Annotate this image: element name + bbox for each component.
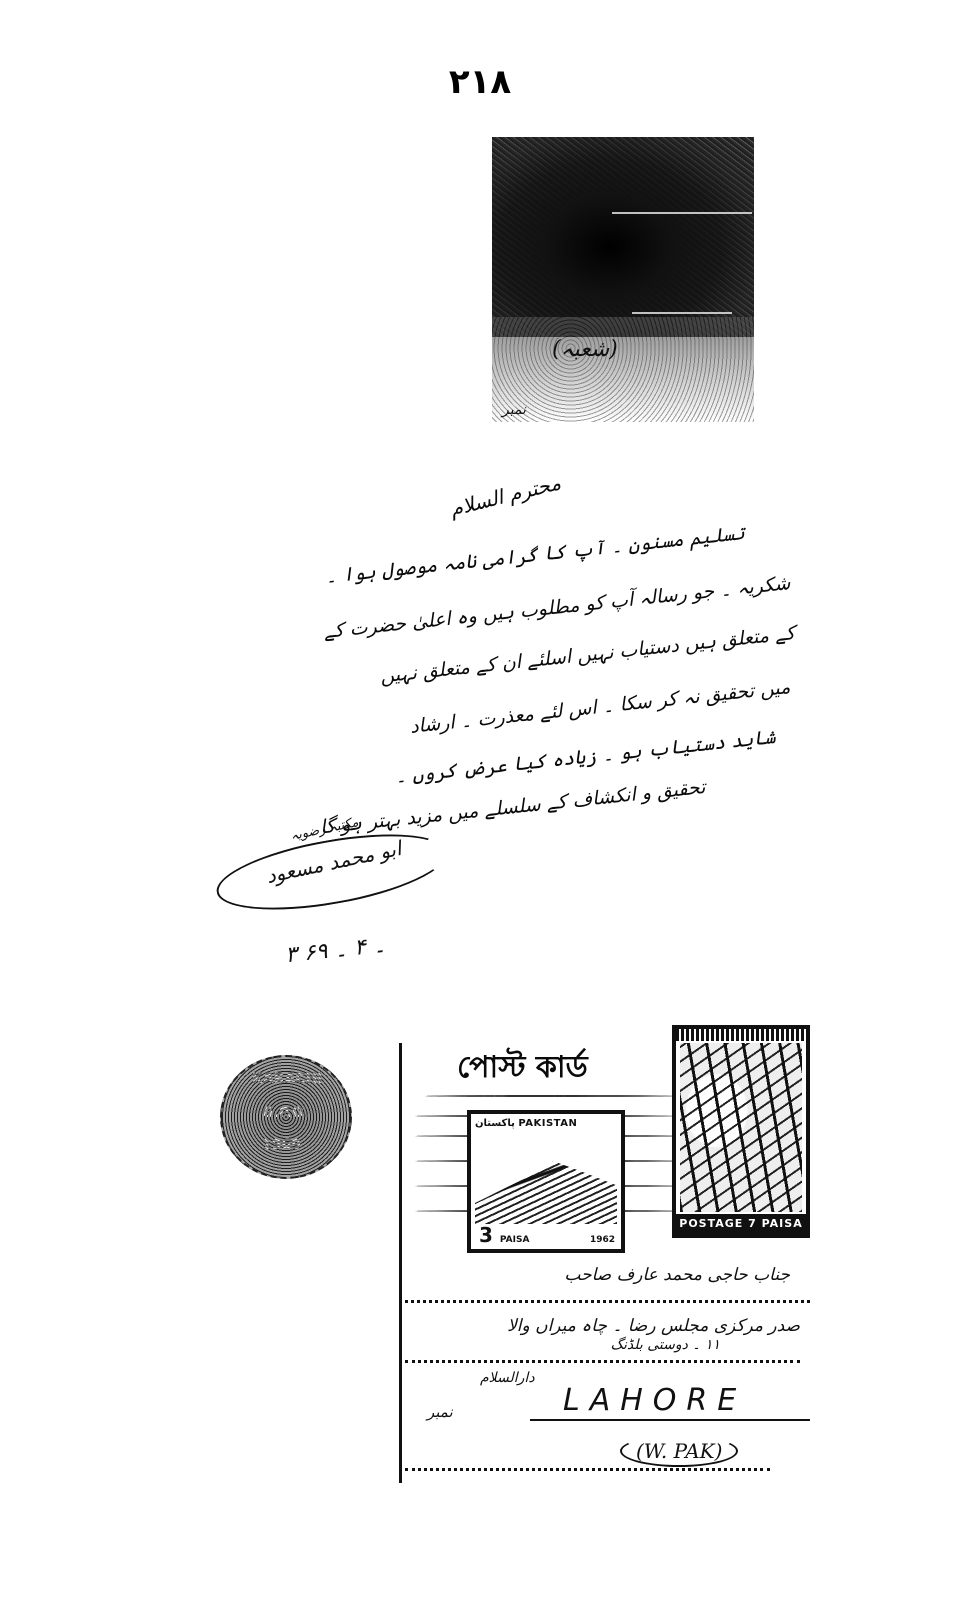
postmark-stamp: KARACHI G.P.O. 1969 (220, 1055, 352, 1179)
postcard: পোস্ট কার্ড پاکستان PAKISTAN 3 PAISA 196… (385, 1025, 810, 1485)
letterhead-subtext: نمبر (502, 402, 526, 418)
page-number: ۲۱۸ (0, 62, 960, 102)
mountain-illustration (475, 1154, 617, 1224)
handwritten-letter: محترم السلام تسلیم مسنون ۔ آپ کا گرامی ن… (205, 470, 785, 990)
letter-line: میں تحقیق نہ کر سکا ۔ اس لئے معذرت ۔ ارش… (409, 676, 791, 738)
address-line-2: صدر مرکزی مجلس رضا ۔ چاہ میراں والا (507, 1315, 800, 1336)
postmark-year: 1969 (262, 1137, 301, 1153)
address-dotted-rule (405, 1360, 800, 1363)
address-line-3: ۱۱ ۔ دوستی بلڈنگ (610, 1337, 720, 1353)
address-line-4: دارالسلام (480, 1370, 535, 1386)
stamp-caption: POSTAGE 7 PAISA (676, 1214, 806, 1234)
letter-line: تسلیم مسنون ۔ آپ کا گرامی نامہ موصول ہوا… (324, 522, 746, 588)
address-rule (530, 1419, 810, 1421)
postcard-title: পোস্ট কার্ড (457, 1043, 588, 1094)
signature: ابو محمد مسعود مکتبہ رضویہ (215, 830, 515, 910)
stamp-country: پاکستان PAKISTAN (475, 1118, 617, 1132)
postage-stamp-7-paisa: POSTAGE 7 PAISA (672, 1025, 810, 1238)
postmark-office: G.P.O. (262, 1105, 309, 1121)
stamp-value-number: 3 (479, 1223, 493, 1247)
address-dotted-rule (405, 1300, 810, 1303)
postage-stamp-3-paisa: پاکستان PAKISTAN 3 PAISA 1962 (467, 1110, 625, 1253)
letter-line: شاید دستیاب ہو ۔ زیادہ کیا عرض کروں ۔ (394, 726, 777, 788)
letterhead-scan-noise (492, 317, 754, 422)
letterhead-rule (632, 312, 732, 314)
postmark-city: KARACHI (252, 1071, 323, 1087)
plant-illustration (680, 1043, 802, 1212)
letterhead-block: (شعبہ) نمبر (492, 137, 754, 422)
letterhead-rule (612, 212, 752, 214)
address-side-note: نمبر (427, 1403, 453, 1421)
letterhead-print (492, 137, 754, 337)
stamp-value: 3 PAISA (479, 1223, 529, 1247)
stamp-border-pattern (676, 1029, 806, 1041)
address-city: LAHORE (563, 1383, 746, 1418)
postcard-border (399, 1043, 402, 1483)
letterhead-closing-mark: (شعبہ) (552, 337, 618, 362)
stamp-value-unit: PAISA (500, 1235, 530, 1245)
address-region: (W. PAK) (620, 1435, 738, 1467)
stamp-country-urdu: پاکستان (475, 1118, 515, 1129)
letter-salutation: محترم السلام (447, 470, 563, 521)
cancellation-wave (425, 1095, 675, 1097)
stamp-year: 1962 (590, 1235, 615, 1245)
letter-line: کے متعلق ہیں دستیاب نہیں اسلئے ان کے متع… (379, 622, 796, 687)
address-dotted-rule (405, 1468, 770, 1471)
stamp-country-english: PAKISTAN (518, 1118, 577, 1129)
address-line-1: جناب حاجی محمد عارف صاحب (564, 1265, 790, 1285)
